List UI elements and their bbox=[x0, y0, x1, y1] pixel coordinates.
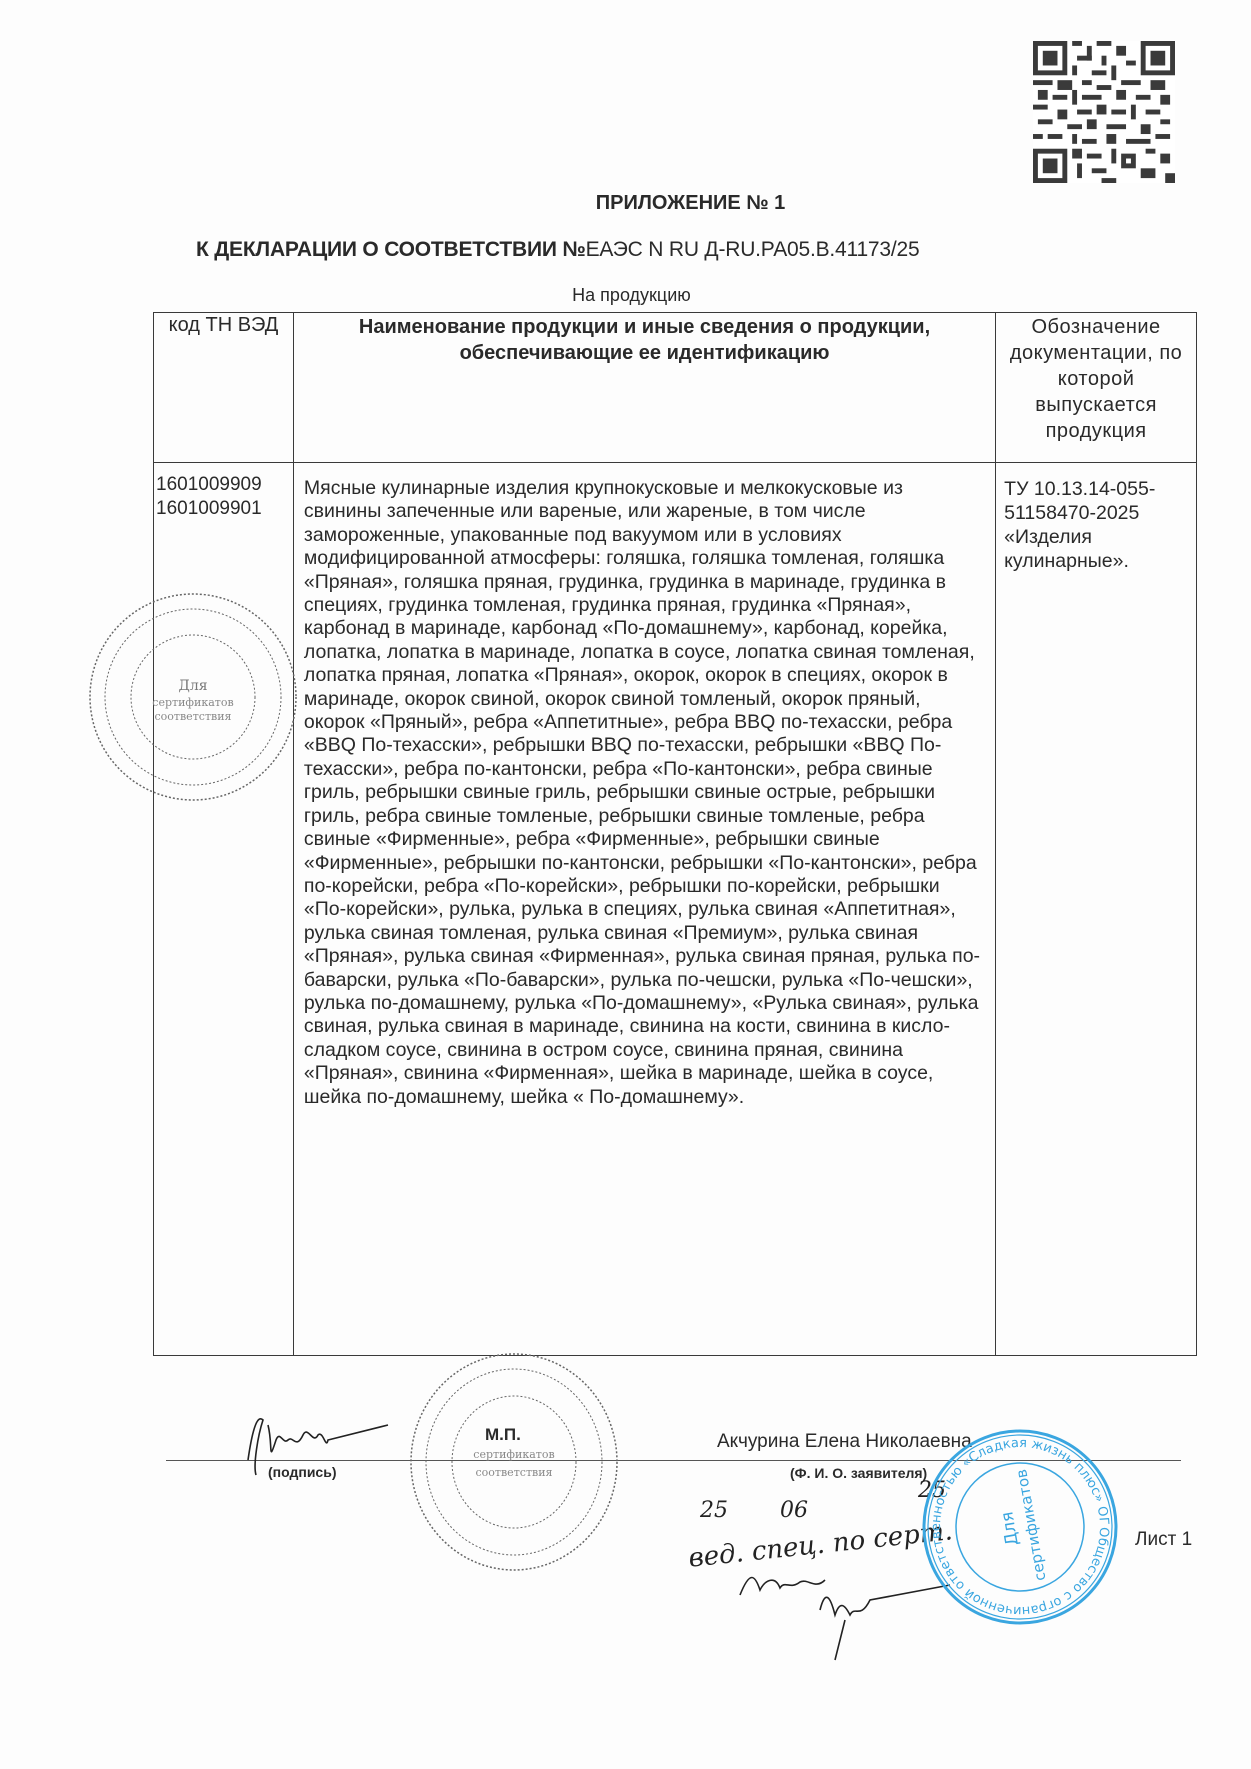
hs-code: 1601009901 bbox=[156, 497, 293, 521]
handwritten-month: 06 bbox=[780, 1498, 808, 1523]
table-row: 1601009909 1601009901 Мясные кулинарные … bbox=[154, 463, 1197, 1356]
svg-text:соответствия: соответствия bbox=[155, 710, 232, 723]
header-product-name: Наименование продукции и иные сведения о… bbox=[293, 313, 995, 463]
applicant-label: (Ф. И. О. заявителя) bbox=[790, 1465, 927, 1481]
declaration-number: ЕАЭС N RU Д-RU.РА05.В.41173/25 bbox=[586, 238, 920, 261]
product-table: код ТН ВЭД Наименование продукции и иные… bbox=[153, 312, 1197, 1356]
qr-code-icon bbox=[1033, 41, 1175, 183]
declaration-prefix: К ДЕКЛАРАЦИИ О СООТВЕТСТВИИ № bbox=[196, 238, 586, 261]
sheet-number: Лист 1 bbox=[1135, 1529, 1192, 1551]
svg-text:сертификатов: сертификатов bbox=[152, 696, 233, 709]
round-stamp-icon: Для сертификатов соответствия bbox=[86, 590, 301, 805]
appendix-title: ПРИЛОЖЕНИЕ № 1 bbox=[0, 192, 1251, 215]
declaration-title: К ДЕКЛАРАЦИИ О СООТВЕТСТВИИ №ЕАЭС N RU Д… bbox=[196, 238, 919, 262]
hs-code: 1601009909 bbox=[156, 473, 293, 497]
table-header-row: код ТН ВЭД Наименование продукции и иные… bbox=[154, 313, 1197, 463]
header-hs-code: код ТН ВЭД bbox=[154, 313, 294, 463]
svg-text:соответствия: соответствия bbox=[476, 1466, 553, 1479]
signature-label: (подпись) bbox=[268, 1464, 337, 1480]
documentation-cell: ТУ 10.13.14-055-51158470-2025 «Изделия к… bbox=[996, 463, 1197, 1356]
product-description: Мясные кулинарные изделия крупнокусковые… bbox=[293, 463, 995, 1356]
handwritten-day: 25 bbox=[700, 1498, 728, 1523]
company-stamp-icon: Общество с ограниченной ответственностью… bbox=[920, 1427, 1120, 1627]
svg-text:Для: Для bbox=[178, 678, 207, 694]
seal-stamp-icon: сертификатов соответствия bbox=[404, 1350, 624, 1575]
subtitle: На продукцию bbox=[0, 285, 1251, 306]
header-documentation: Обозначение документации, по которой вып… bbox=[996, 313, 1197, 463]
svg-text:сертификатов: сертификатов bbox=[473, 1448, 554, 1461]
seal-label: М.П. bbox=[485, 1425, 521, 1445]
